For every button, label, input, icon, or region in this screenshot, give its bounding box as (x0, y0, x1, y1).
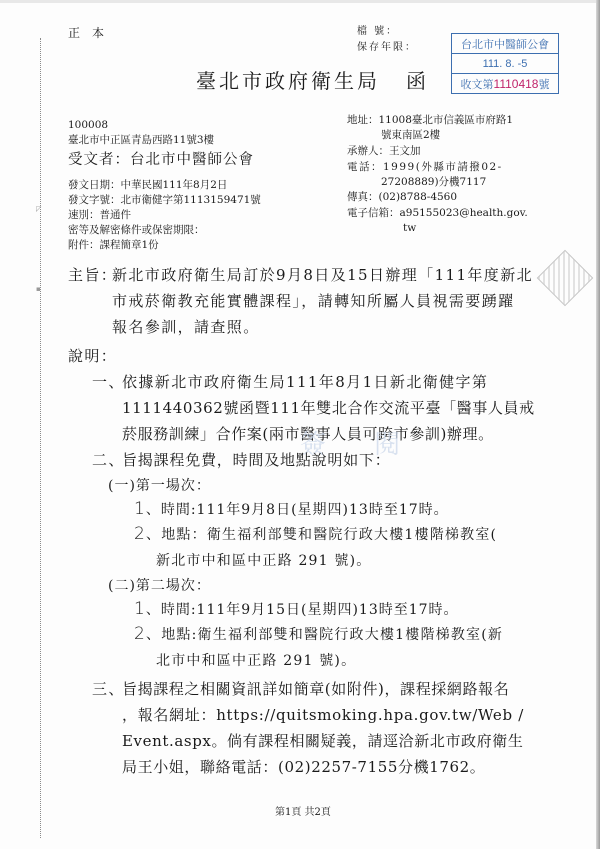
item3-line: 旨揭課程之相關資訊詳如簡章(如附件)，課程採網路報名 (122, 678, 509, 699)
session1-time: 1、時間:111年9月8日(星期四)13時至17時。 (134, 499, 449, 519)
issue-ref-no: 發文字號：北市衛健字第1113159471號 (68, 193, 261, 209)
copy-label: 正本 (68, 24, 116, 41)
speed-class: 速別：普通件 (68, 208, 131, 224)
item1-line: 依據新北市政府衛生局111年8月1日新北衛健字第 (122, 371, 488, 392)
session2-place-line2: 北市中和區中正路 291 號)。 (156, 650, 356, 670)
item3-marker: 三、 (92, 678, 125, 699)
scan-top-edge (0, 0, 600, 3)
subject-line: 市戒菸衛教充能實體課程」，請轉知所屬人員視需要踴躍 (112, 290, 515, 311)
file-number-label: 檔 號： (357, 22, 398, 37)
stamp-number-row: 收文第1110418號 (452, 73, 558, 93)
session1-place: 2、地點：衛生福利部雙和醫院行政大樓1樓階梯教室( (134, 524, 497, 544)
issue-date: 發文日期：中華民國111年8月2日 (68, 178, 227, 194)
email-line2: tw (403, 221, 416, 237)
sender-address-line1: 地址：11008臺北市信義區市府路1 (347, 113, 513, 129)
session2-place: 2、地點:衛生福利部雙和醫院行政大樓1樓階梯教室(新 (134, 624, 503, 644)
recipient-address: 臺北市中正區青島西路11號3樓 (68, 133, 214, 149)
security-level: 密等及解密條件或保密期限： (68, 223, 205, 239)
doc-type: 函 (406, 69, 429, 93)
item3-line: 局王小姐，聯絡電話：(02)2257-7155分機1762。 (122, 756, 485, 777)
document-page: ◸ ▪ 正本 檔 號： 保存年限： 臺北市政府衛生局函 台北市中醫師公會 111… (0, 0, 600, 849)
subject-line: 報名參訓，請查照。 (112, 316, 260, 337)
item1-marker: 一、 (92, 371, 125, 392)
document-title: 臺北市政府衛生局函 (196, 65, 429, 94)
stamp-date: 111. 8. -5 (452, 53, 558, 73)
sender-address-line2: 號東南區2樓 (381, 128, 440, 144)
subject-label: 主旨： (68, 264, 117, 285)
phone-line1: 電話：1999(外縣市請撥02- (347, 160, 503, 176)
stamp-number: 1110418 (494, 77, 539, 91)
faint-seal-mark (537, 250, 594, 307)
session1-label: (一)第一場次： (108, 475, 211, 495)
stamp-org: 台北市中醫師公會 (452, 34, 558, 53)
page-footer: 第1頁 共2頁 (275, 803, 331, 818)
session1-place-line2: 新北市中和區中正路 291 號)。 (156, 550, 371, 570)
item3-line: Event.aspx。倘有課程相關疑義，請逕洽新北市政府衛生 (122, 730, 523, 751)
postal-code: 100008 (68, 118, 108, 134)
item2-text: 旨揭課程免費，時間及地點說明如下： (122, 449, 391, 470)
binding-mark: ◸ (36, 205, 41, 213)
session2-label: (二)第二場次： (108, 575, 211, 595)
fax: 傳真：(02)8788-4560 (347, 190, 457, 206)
agency-name: 臺北市政府衛生局 (196, 69, 380, 93)
email-line1: 電子信箱：a95155023@health.gov. (347, 206, 528, 222)
attachment: 附件：課程簡章1份 (68, 238, 159, 254)
retention-label: 保存年限： (357, 38, 417, 53)
subject-line: 新北市政府衛生局訂於9月8日及15日辦理「111年度新北 (112, 264, 533, 285)
item2-marker: 二、 (92, 449, 125, 470)
item3-url-line: ，報名網址：https://quitsmoking.hpa.gov.tw/Web… (122, 704, 524, 725)
scan-right-edge (596, 0, 600, 849)
received-stamp: 台北市中醫師公會 111. 8. -5 收文第1110418號 (451, 33, 559, 94)
session2-time: 1、時間:111年9月15日(星期四)13時至17時。 (134, 599, 459, 619)
item1-line: 1111440362號函暨111年雙北合作交流平臺「醫事人員戒 (122, 397, 535, 418)
handler: 承辦人：王文加 (347, 144, 421, 160)
explanation-label: 說明： (68, 345, 117, 366)
binding-line (40, 38, 41, 838)
phone-line2: 27208889)分機7117 (381, 175, 486, 191)
binding-mark: ▪ (36, 285, 41, 293)
recipient: 受文者：台北市中醫師公會 (68, 148, 254, 169)
